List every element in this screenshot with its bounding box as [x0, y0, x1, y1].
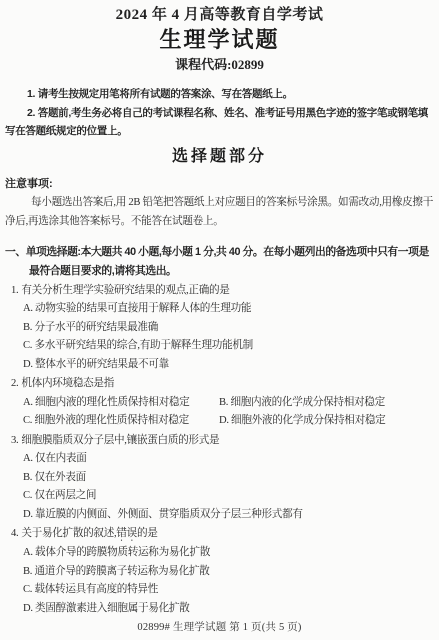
question-4-option-a: A. 载体介导的跨膜物质转运称为易化扩散: [5, 544, 434, 563]
general-instructions: 1. 请考生按规定用笔将所有试题的答案涂、写在答题纸上。 2. 答题前,考生务必…: [5, 85, 434, 141]
notes-label: 注意事项:: [5, 175, 434, 193]
question-2-option-c: C. 细胞外液的理化性质保持相对稳定: [5, 412, 201, 431]
instruction-item-1: 1. 请考生按规定用笔将所有试题的答案涂、写在答题纸上。: [5, 85, 434, 104]
question-1: 1.有关分析生理学实验研究结果的观点,正确的是 A. 动物实验的结果可直接用于解…: [5, 282, 434, 375]
question-1-option-b: B. 分子水平的研究结果最准确: [5, 319, 434, 338]
question-3-option-a: A. 仅在内表面: [5, 450, 434, 469]
question-1-stem: 1.有关分析生理学实验研究结果的观点,正确的是: [5, 282, 434, 301]
question-2: 2.机体内环境稳态是指 A. 细胞内液的理化性质保持相对稳定 B. 细胞内液的化…: [5, 375, 434, 431]
question-3-option-b: B. 仅在外表面: [5, 469, 434, 488]
question-1-option-d: D. 整体水平的研究结果最不可靠: [5, 356, 434, 375]
question-2-stem: 2.机体内环境稳态是指: [5, 375, 434, 394]
question-2-option-d: D. 细胞外液的化学成分保持相对稳定: [201, 412, 434, 431]
question-1-option-a: A. 动物实验的结果可直接用于解释人体的生理功能: [5, 300, 434, 319]
question-3-stem-text: 细胞膜脂质双分子层中,镶嵌蛋白质的形式是: [21, 435, 219, 446]
question-4-option-c: C. 载体转运具有高度的特异性: [5, 581, 434, 600]
question-4-stem-pre: 关于易化扩散的叙述,: [21, 528, 116, 539]
question-2-stem-text: 机体内环境稳态是指: [21, 378, 114, 389]
question-2-option-b: B. 细胞内液的化学成分保持相对稳定: [201, 394, 434, 413]
page-footer: 02899# 生理学试题 第 1 页(共 5 页): [5, 620, 434, 636]
question-4-number: 4.: [11, 528, 18, 539]
question-1-stem-text: 有关分析生理学实验研究结果的观点,正确的是: [21, 285, 229, 296]
question-4-stem-post: 的是: [137, 528, 158, 539]
exam-header: 2024 年 4 月高等教育自学考试 生理学试题 课程代码:02899: [5, 6, 434, 73]
question-4-option-b: B. 通道介导的跨膜离子转运称为易化扩散: [5, 563, 434, 582]
exam-title: 生理学试题: [5, 26, 434, 54]
question-2-option-a: A. 细胞内液的理化性质保持相对稳定: [5, 394, 201, 413]
notes-body: 每小题选出答案后,用 2B 铅笔把答题纸上对应题目的答案标号涂黑。如需改动,用橡…: [5, 193, 434, 231]
question-1-number: 1.: [11, 285, 18, 296]
question-4-stem-emphasis: 错误: [116, 528, 137, 539]
question-4-stem: 4.关于易化扩散的叙述,错误的是: [5, 525, 434, 544]
question-1-option-c: C. 多水平研究结果的综合,有助于解释生理功能机制: [5, 337, 434, 356]
question-3-stem: 3.细胞膜脂质双分子层中,镶嵌蛋白质的形式是: [5, 432, 434, 451]
course-code: 课程代码:02899: [5, 57, 434, 73]
question-2-number: 2.: [11, 378, 18, 389]
question-4: 4.关于易化扩散的叙述,错误的是 A. 载体介导的跨膜物质转运称为易化扩散 B.…: [5, 525, 434, 618]
question-3-number: 3.: [11, 435, 18, 446]
exam-session-line: 2024 年 4 月高等教育自学考试: [5, 6, 434, 24]
question-3-option-d: D. 靠近膜的内侧面、外侧面、贯穿脂质双分子层三种形式都有: [5, 506, 434, 525]
question-2-options: A. 细胞内液的理化性质保持相对稳定 B. 细胞内液的化学成分保持相对稳定 C.…: [5, 394, 434, 431]
exam-paper-page: 2024 年 4 月高等教育自学考试 生理学试题 课程代码:02899 1. 请…: [0, 0, 439, 640]
part-one-heading: 一、单项选择题:本大题共 40 小题,每小题 1 分,共 40 分。在每小题列出…: [5, 243, 434, 281]
question-4-option-d: D. 类固醇激素进入细胞属于易化扩散: [5, 600, 434, 619]
question-3-option-c: C. 仅在两层之间: [5, 487, 434, 506]
question-3: 3.细胞膜脂质双分子层中,镶嵌蛋白质的形式是 A. 仅在内表面 B. 仅在外表面…: [5, 432, 434, 525]
instruction-item-2: 2. 答题前,考生务必将自己的考试课程名称、姓名、准考证号用黑色字迹的签字笔或钢…: [5, 104, 434, 141]
choice-section-heading: 选择题部分: [5, 147, 434, 167]
